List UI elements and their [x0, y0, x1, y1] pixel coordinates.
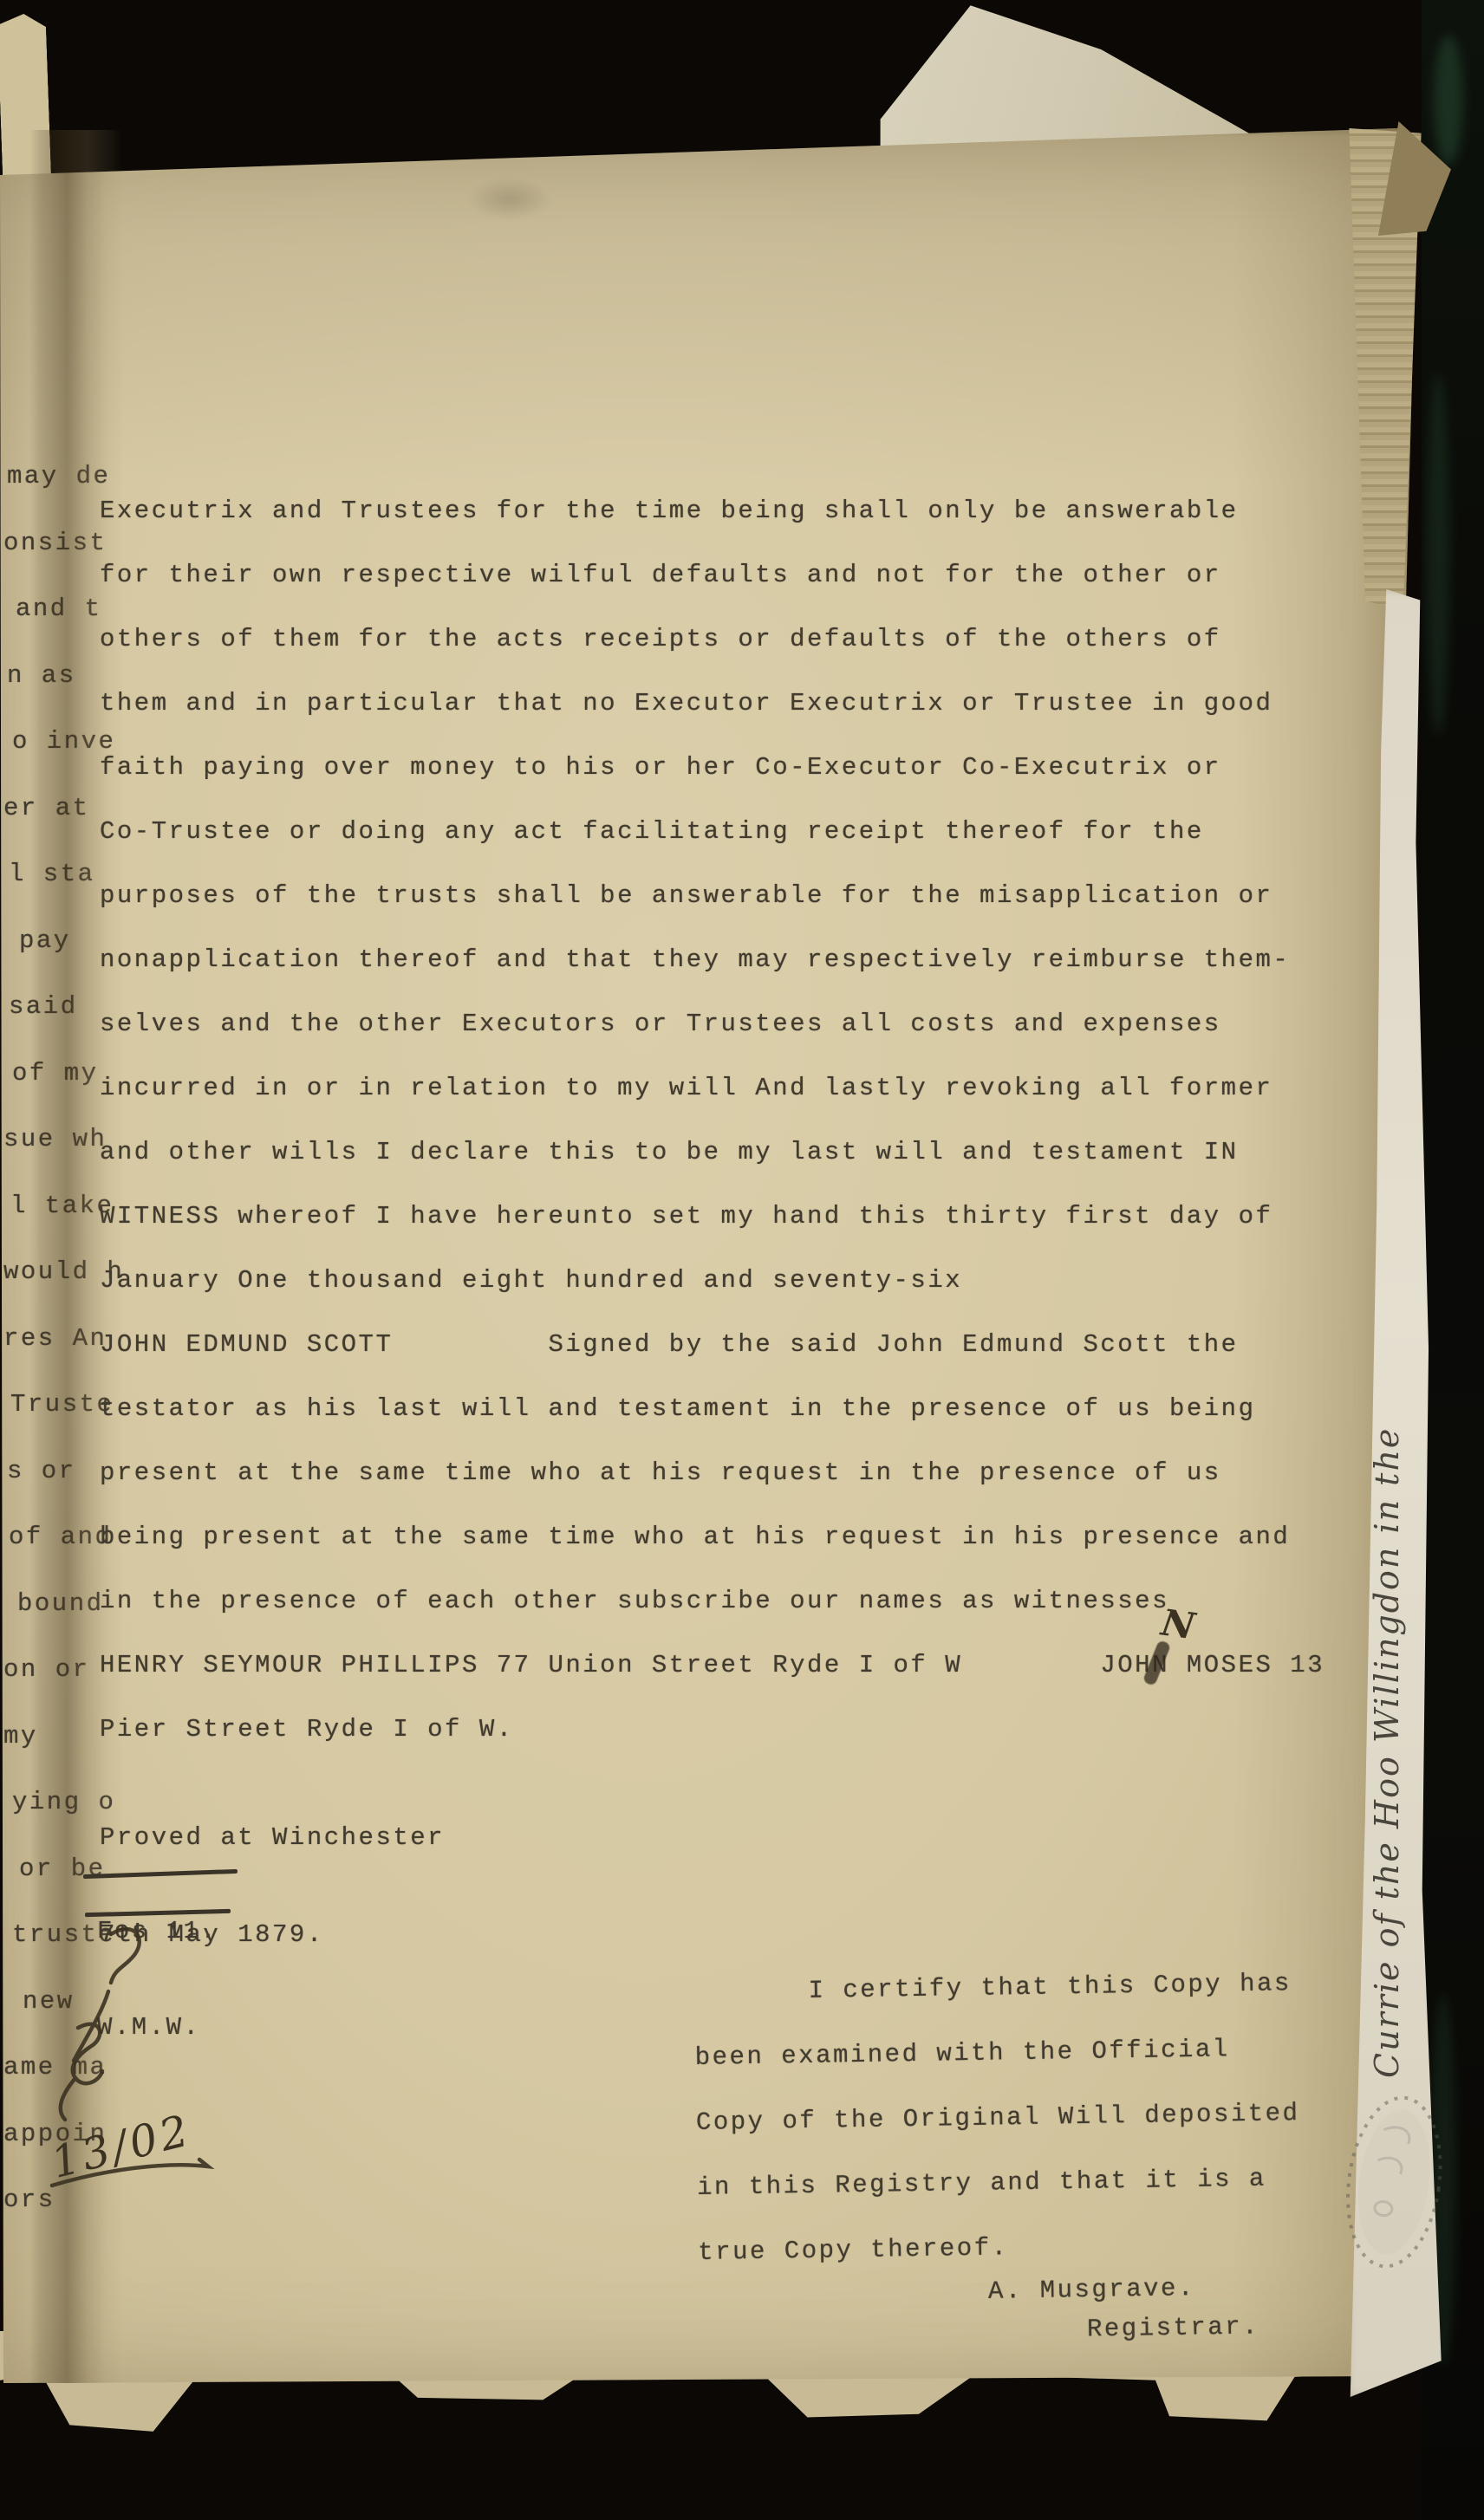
will-text-line: nonapplication thereof and that they may…	[100, 928, 1365, 992]
registrar-signature: A. Musgrave.	[988, 2274, 1195, 2306]
registrar-title: Registrar.	[1087, 2312, 1260, 2343]
will-text-line: Co-Trustee or doing any act facilitating…	[100, 800, 1365, 864]
will-text-line: testator as his last will and testament …	[100, 1377, 1365, 1441]
will-text-block: Executrix and Trustees for the time bein…	[100, 479, 1365, 1762]
will-text-line: others of them for the acts receipts or …	[100, 607, 1365, 672]
will-text-line: WITNESS whereof I have hereunto set my h…	[100, 1185, 1365, 1249]
certification-line: Copy of the Original Will deposited	[695, 2080, 1355, 2155]
will-text-line: incurred in or in relation to my will An…	[100, 1056, 1365, 1120]
certification-line: in this Registry and that it is a	[697, 2145, 1357, 2220]
handwritten-correction-n: N	[1159, 1601, 1198, 1648]
certification-block: I certify that this Copy hasbeen examine…	[693, 1950, 1357, 2285]
will-text-line: present at the same time who at his requ…	[100, 1441, 1365, 1505]
cover-highlight	[1434, 35, 1463, 165]
certification-line: I certify that this Copy has	[808, 1950, 1353, 2023]
certification-line: true Copy thereof.	[698, 2210, 1357, 2285]
embossed-oval-seal	[1333, 2080, 1455, 2288]
will-text-line: them and in particular that no Executor …	[100, 672, 1365, 736]
photographed-probate-book-page: may deonsistand tn aso inveer atl stapay…	[0, 0, 1484, 2520]
probate-place: Proved at Winchester	[100, 1818, 445, 1858]
will-text-line: Executrix and Trustees for the time bein…	[100, 479, 1365, 543]
paper-smudge	[468, 179, 551, 220]
certification-line: been examined with the Official	[694, 2015, 1354, 2090]
will-text-line: for their own respective wilful defaults…	[100, 543, 1365, 607]
will-text-line: selves and the other Executors or Truste…	[100, 992, 1365, 1056]
margin-script-vertical: Currie of the Hoo Willingdon in the	[1368, 614, 1406, 2078]
will-text-line: and other wills I declare this to be my …	[100, 1120, 1365, 1185]
will-text-line: January One thousand eight hundred and s…	[100, 1249, 1365, 1313]
will-text-line: being present at the same time who at hi…	[100, 1505, 1365, 1569]
handwritten-scribble	[24, 1922, 232, 2225]
will-text-line: faith paying over money to his or her Co…	[100, 736, 1365, 800]
will-text-line: purposes of the trusts shall be answerab…	[100, 864, 1365, 928]
will-text-line: JOHN EDMUND SCOTT Signed by the said Joh…	[100, 1313, 1365, 1377]
will-text-line: Pier Street Ryde I of W.	[100, 1698, 1365, 1762]
cover-highlight	[1427, 373, 1449, 737]
